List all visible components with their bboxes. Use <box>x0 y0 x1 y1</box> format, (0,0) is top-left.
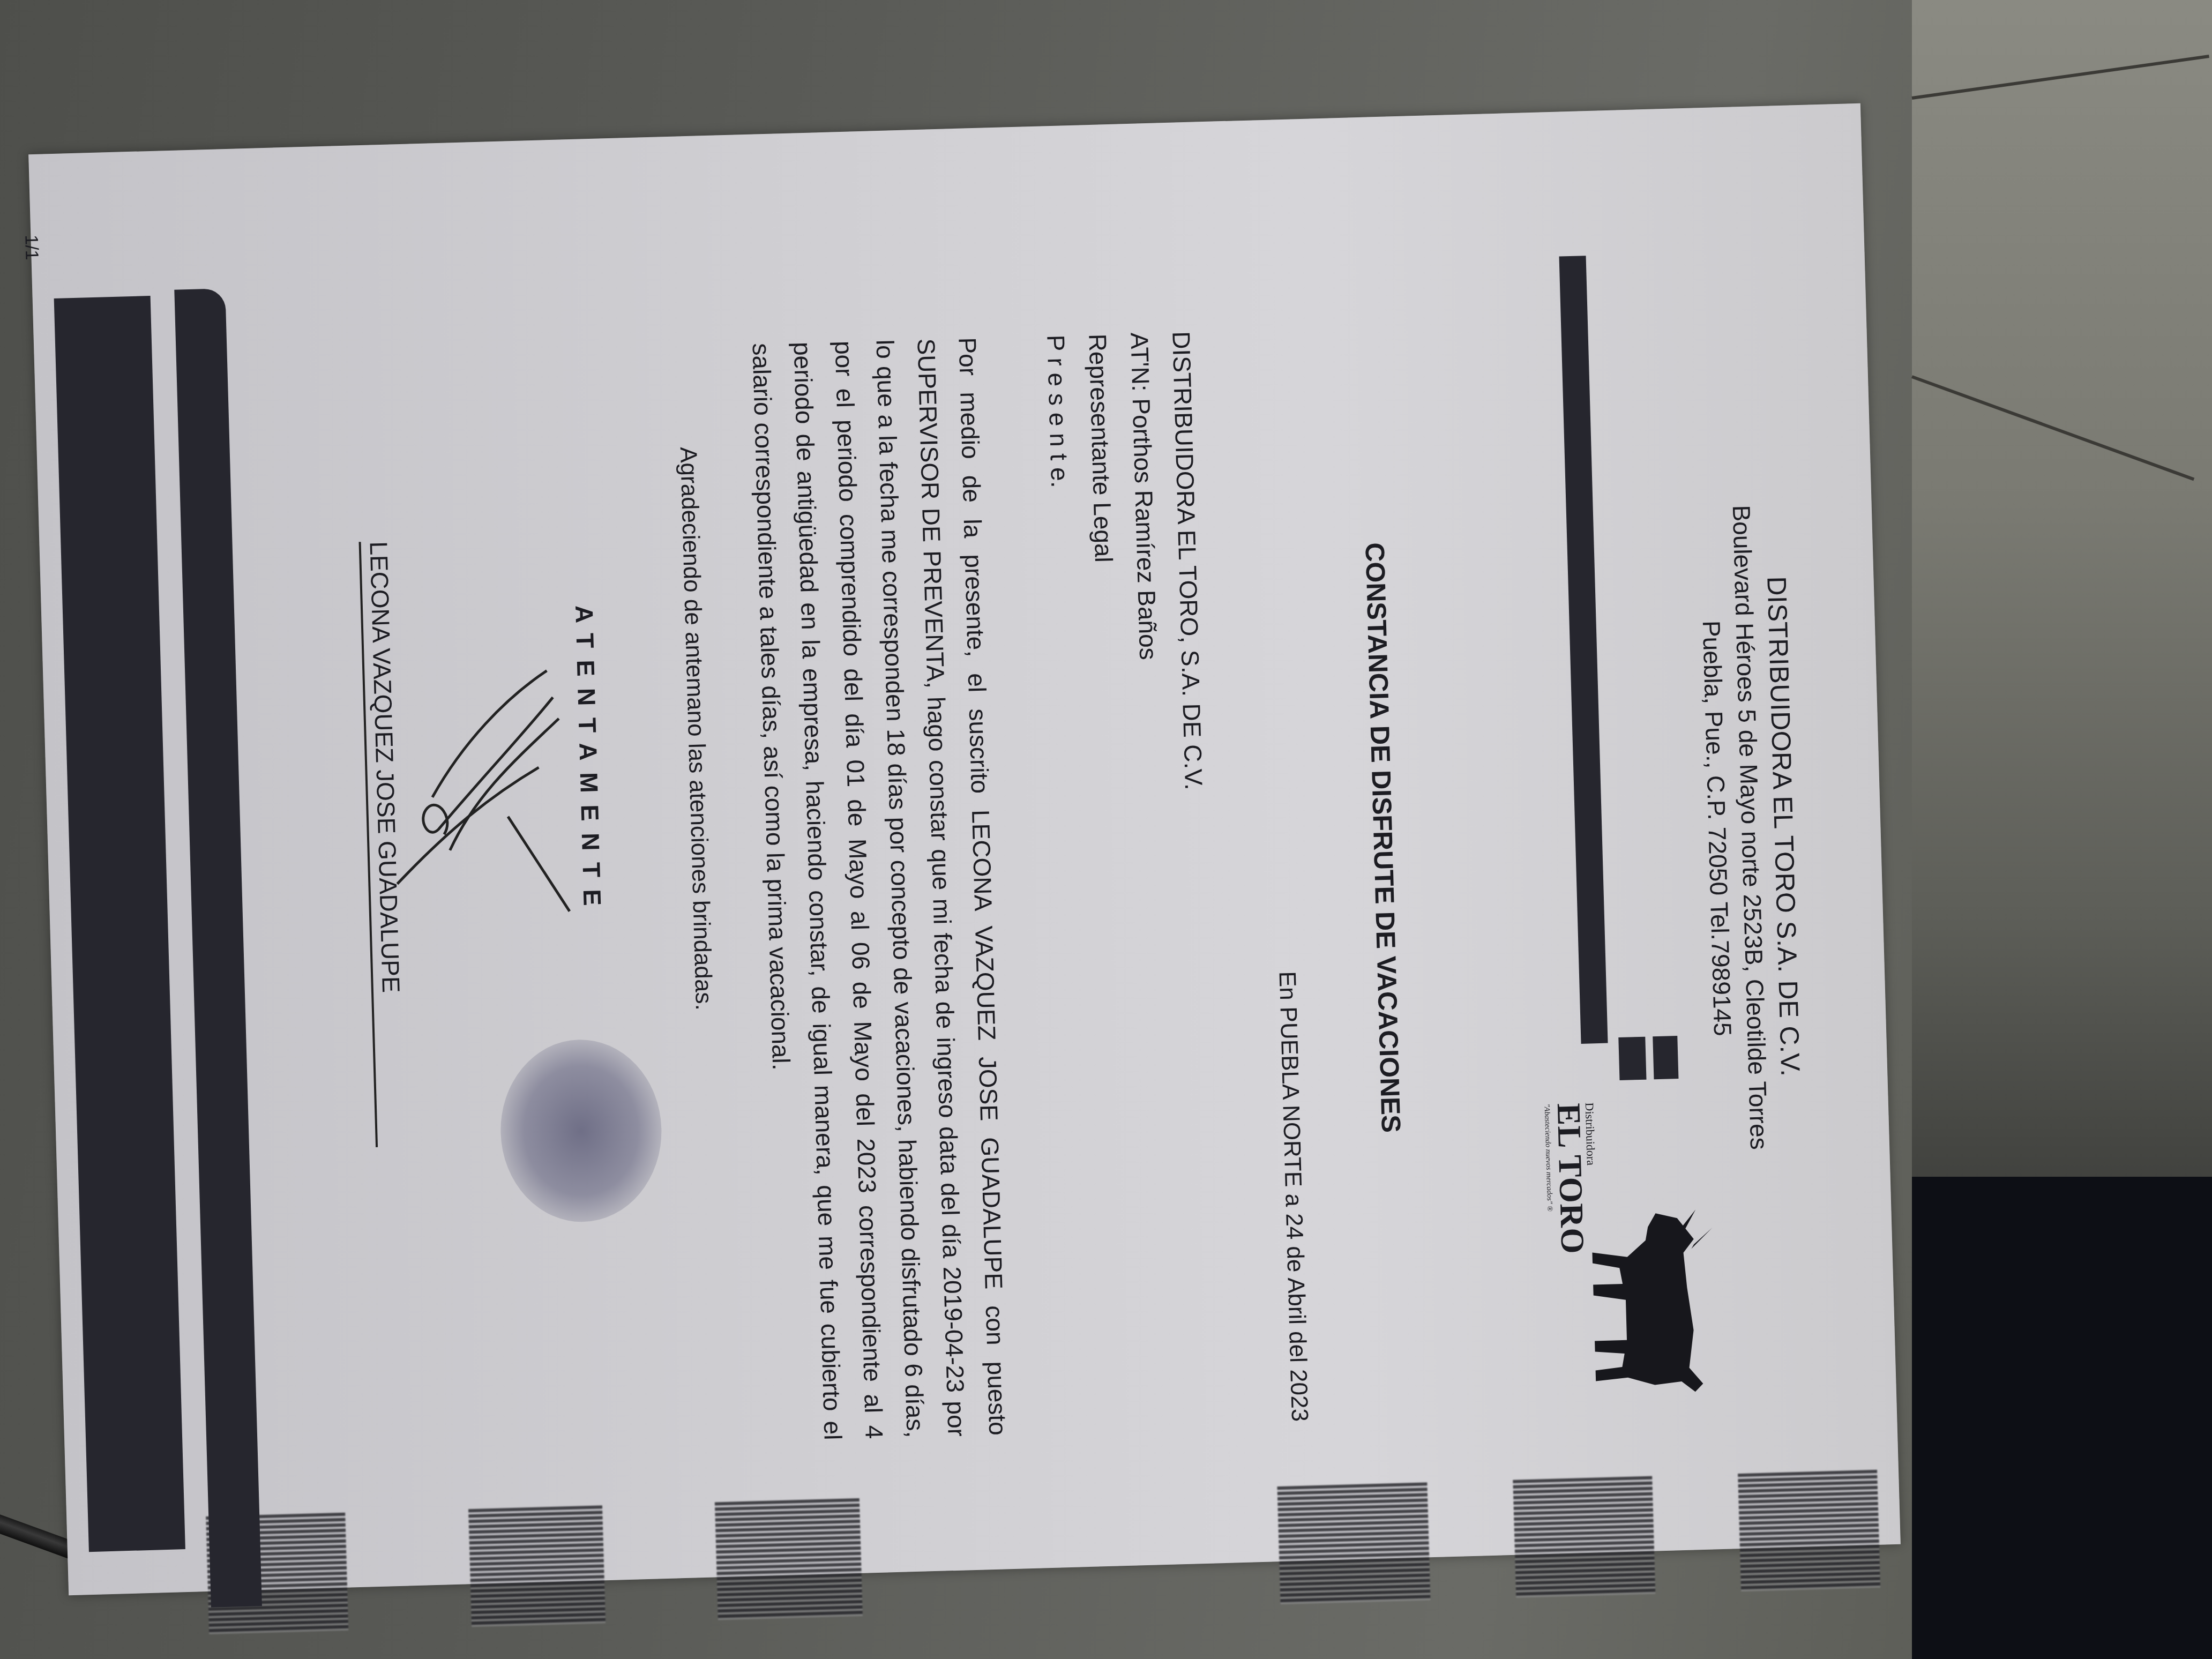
floor-tile-seam <box>1911 375 2194 481</box>
recipient-block: DISTRIBUIDORA EL TORO, S.A. DE C.V. AT'N… <box>1035 331 1215 794</box>
company-logo: Distribuidora EL TORO "Abasteciendo nuev… <box>1551 1099 1721 1425</box>
letter-page: DISTRIBUIDORA EL TORO S.A. DE C.V. Boule… <box>28 103 1901 1595</box>
desk-surface <box>1912 0 2212 1659</box>
handwritten-signature-icon <box>375 654 576 938</box>
redaction-bar <box>1653 1036 1678 1079</box>
photocopy-smudge <box>468 1505 606 1627</box>
document-title: CONSTANCIA DE DISFRUTE DE VACACIONES <box>1347 117 1418 1559</box>
photocopy-smudge <box>1513 1476 1655 1598</box>
body-paragraph: Por medio de la presente, el suscrito LE… <box>740 337 1018 1441</box>
redaction-bar <box>1559 256 1608 1044</box>
redaction-bar <box>174 288 262 1608</box>
paper-sheet: DISTRIBUIDORA EL TORO S.A. DE C.V. Boule… <box>28 103 1901 1595</box>
closing-text: Agradeciendo de antemano las atenciones … <box>675 446 717 1011</box>
page-number: 1/1 <box>20 235 42 260</box>
redaction-bar <box>54 296 185 1552</box>
logo-brand-main: EL TORO <box>1549 1103 1591 1255</box>
redaction-bar <box>1618 1037 1646 1080</box>
fingerprint-icon <box>498 1037 664 1224</box>
photocopy-smudge <box>715 1498 863 1620</box>
dark-object <box>1912 1177 2212 1659</box>
signature-block: ATENTAMENTE LECONA VAZQUEZ JOSE GUADALUP… <box>317 514 617 1272</box>
floor-tile-seam <box>1912 55 2209 100</box>
place-date: En PUEBLA NORTE a 24 de Abril del 2023 <box>1274 971 1313 1422</box>
signature-salutation: ATENTAMENTE <box>570 605 607 918</box>
bull-icon <box>1580 1206 1720 1414</box>
